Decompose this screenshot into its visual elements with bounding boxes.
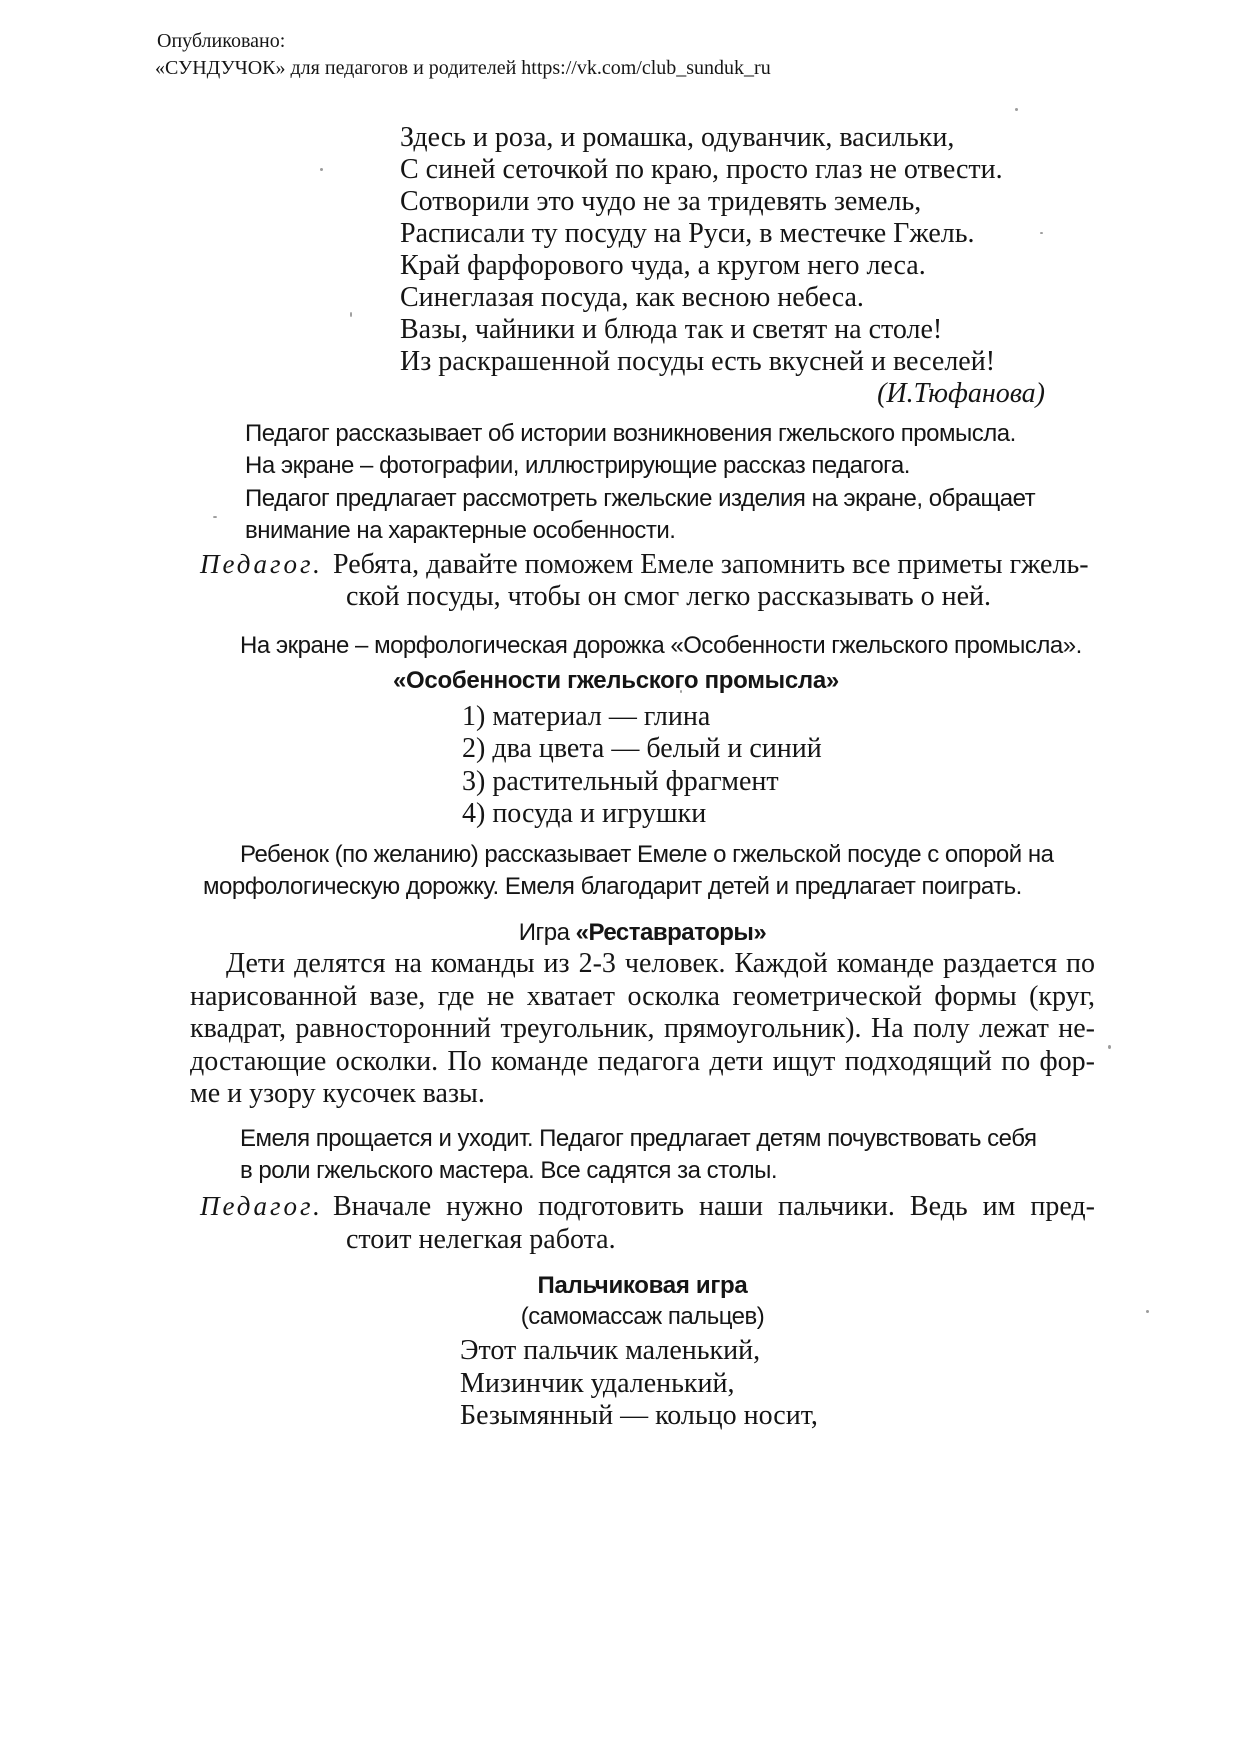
poem-line: Из раскрашенной посуды есть вкусней и ве… <box>400 346 995 378</box>
poem-line: Вазы, чайники и блюда так и светят на ст… <box>400 314 942 346</box>
published-label: Опубликовано: <box>157 30 285 53</box>
poem-attribution: (И.Тюфанова) <box>600 378 1045 410</box>
finger-poem-line: Безымянный — кольцо носит, <box>460 1400 818 1432</box>
speaker-label: Педагог. <box>200 549 323 580</box>
stage-line: морфологическую дорожку. Емеля благодари… <box>203 873 1022 901</box>
finger-game-subtitle: (самомассаж пальцев) <box>190 1303 1095 1331</box>
scan-speck <box>1108 1045 1111 1049</box>
source-line: «СУНДУЧОК» для педагогов и родителей htt… <box>155 57 771 80</box>
game-line: достающие осколки. По команде педагога д… <box>190 1046 1095 1078</box>
stage-line: в роли гжельского мастера. Все садятся з… <box>240 1157 777 1185</box>
game-line: ме и узору кусочек вазы. <box>190 1078 485 1110</box>
poem-line: Расписали ту посуду на Руси, в местечке … <box>400 218 975 250</box>
scan-speck <box>1146 1310 1149 1313</box>
features-title: «Особенности гжельского промысла» <box>393 667 839 695</box>
game-title: Игра «Реставраторы» <box>190 919 1095 947</box>
features-item: 4) посуда и игрушки <box>462 798 706 830</box>
features-item: 2) два цвета — белый и синий <box>462 733 822 765</box>
stage-line: Емеля прощается и уходит. Педагог предла… <box>240 1125 1036 1153</box>
scanned-page: Опубликовано: «СУНДУЧОК» для педагогов и… <box>0 0 1240 1754</box>
scan-speck <box>680 690 682 693</box>
scan-speck <box>213 516 217 518</box>
game-line: Дети делятся на команды из 2-3 человек. … <box>190 948 1095 980</box>
stage-line: На экране – фотографии, иллюстрирующие р… <box>245 452 910 480</box>
speech-line: Вначале нужно подготовить наши пальчики.… <box>333 1191 1095 1223</box>
poem-line: Синеглазая посуда, как весною небеса. <box>400 282 864 314</box>
speech-line: ской посуды, чтобы он смог легко рассказ… <box>346 581 991 613</box>
game-line: нарисованной вазе, где не хватает осколк… <box>190 981 1095 1013</box>
features-item: 1) материал — глина <box>462 701 710 733</box>
speech-line: стоит нелегкая работа. <box>346 1224 616 1256</box>
stage-direction-2: На экране – морфологическая дорожка «Осо… <box>240 632 1082 660</box>
scan-speck <box>1015 108 1018 111</box>
speech-line: Ребята, давайте поможем Емеле запомнить … <box>333 549 1089 581</box>
finger-game-title: Пальчиковая игра <box>190 1272 1095 1300</box>
scan-speck <box>350 312 352 317</box>
stage-line: внимание на характерные особенности. <box>245 517 675 545</box>
poem-line: Край фарфорового чуда, а кругом него лес… <box>400 250 926 282</box>
game-title-name: «Реставраторы» <box>576 919 767 946</box>
poem-line: Здесь и роза, и ромашка, одуванчик, васи… <box>400 122 954 154</box>
scan-speck <box>320 168 323 171</box>
finger-poem-line: Мизинчик удаленький, <box>460 1368 734 1400</box>
features-item: 3) растительный фрагмент <box>462 766 779 798</box>
poem-line: Сотворили это чудо не за тридевять земел… <box>400 186 921 218</box>
finger-poem-line: Этот пальчик маленький, <box>460 1335 760 1367</box>
stage-line: Педагог рассказывает об истории возникно… <box>245 420 1016 448</box>
stage-line: Педагог предлагает рассмотреть гжельские… <box>245 485 1035 513</box>
scan-speck <box>1040 232 1043 234</box>
game-title-prefix: Игра <box>519 919 576 946</box>
game-line: квадрат, равносторонний треугольник, пря… <box>190 1013 1095 1045</box>
speaker-label: Педагог. <box>200 1191 323 1222</box>
poem-line: С синей сеточкой по краю, просто глаз не… <box>400 154 1003 186</box>
stage-line: Ребенок (по желанию) рассказывает Емеле … <box>240 841 1053 869</box>
